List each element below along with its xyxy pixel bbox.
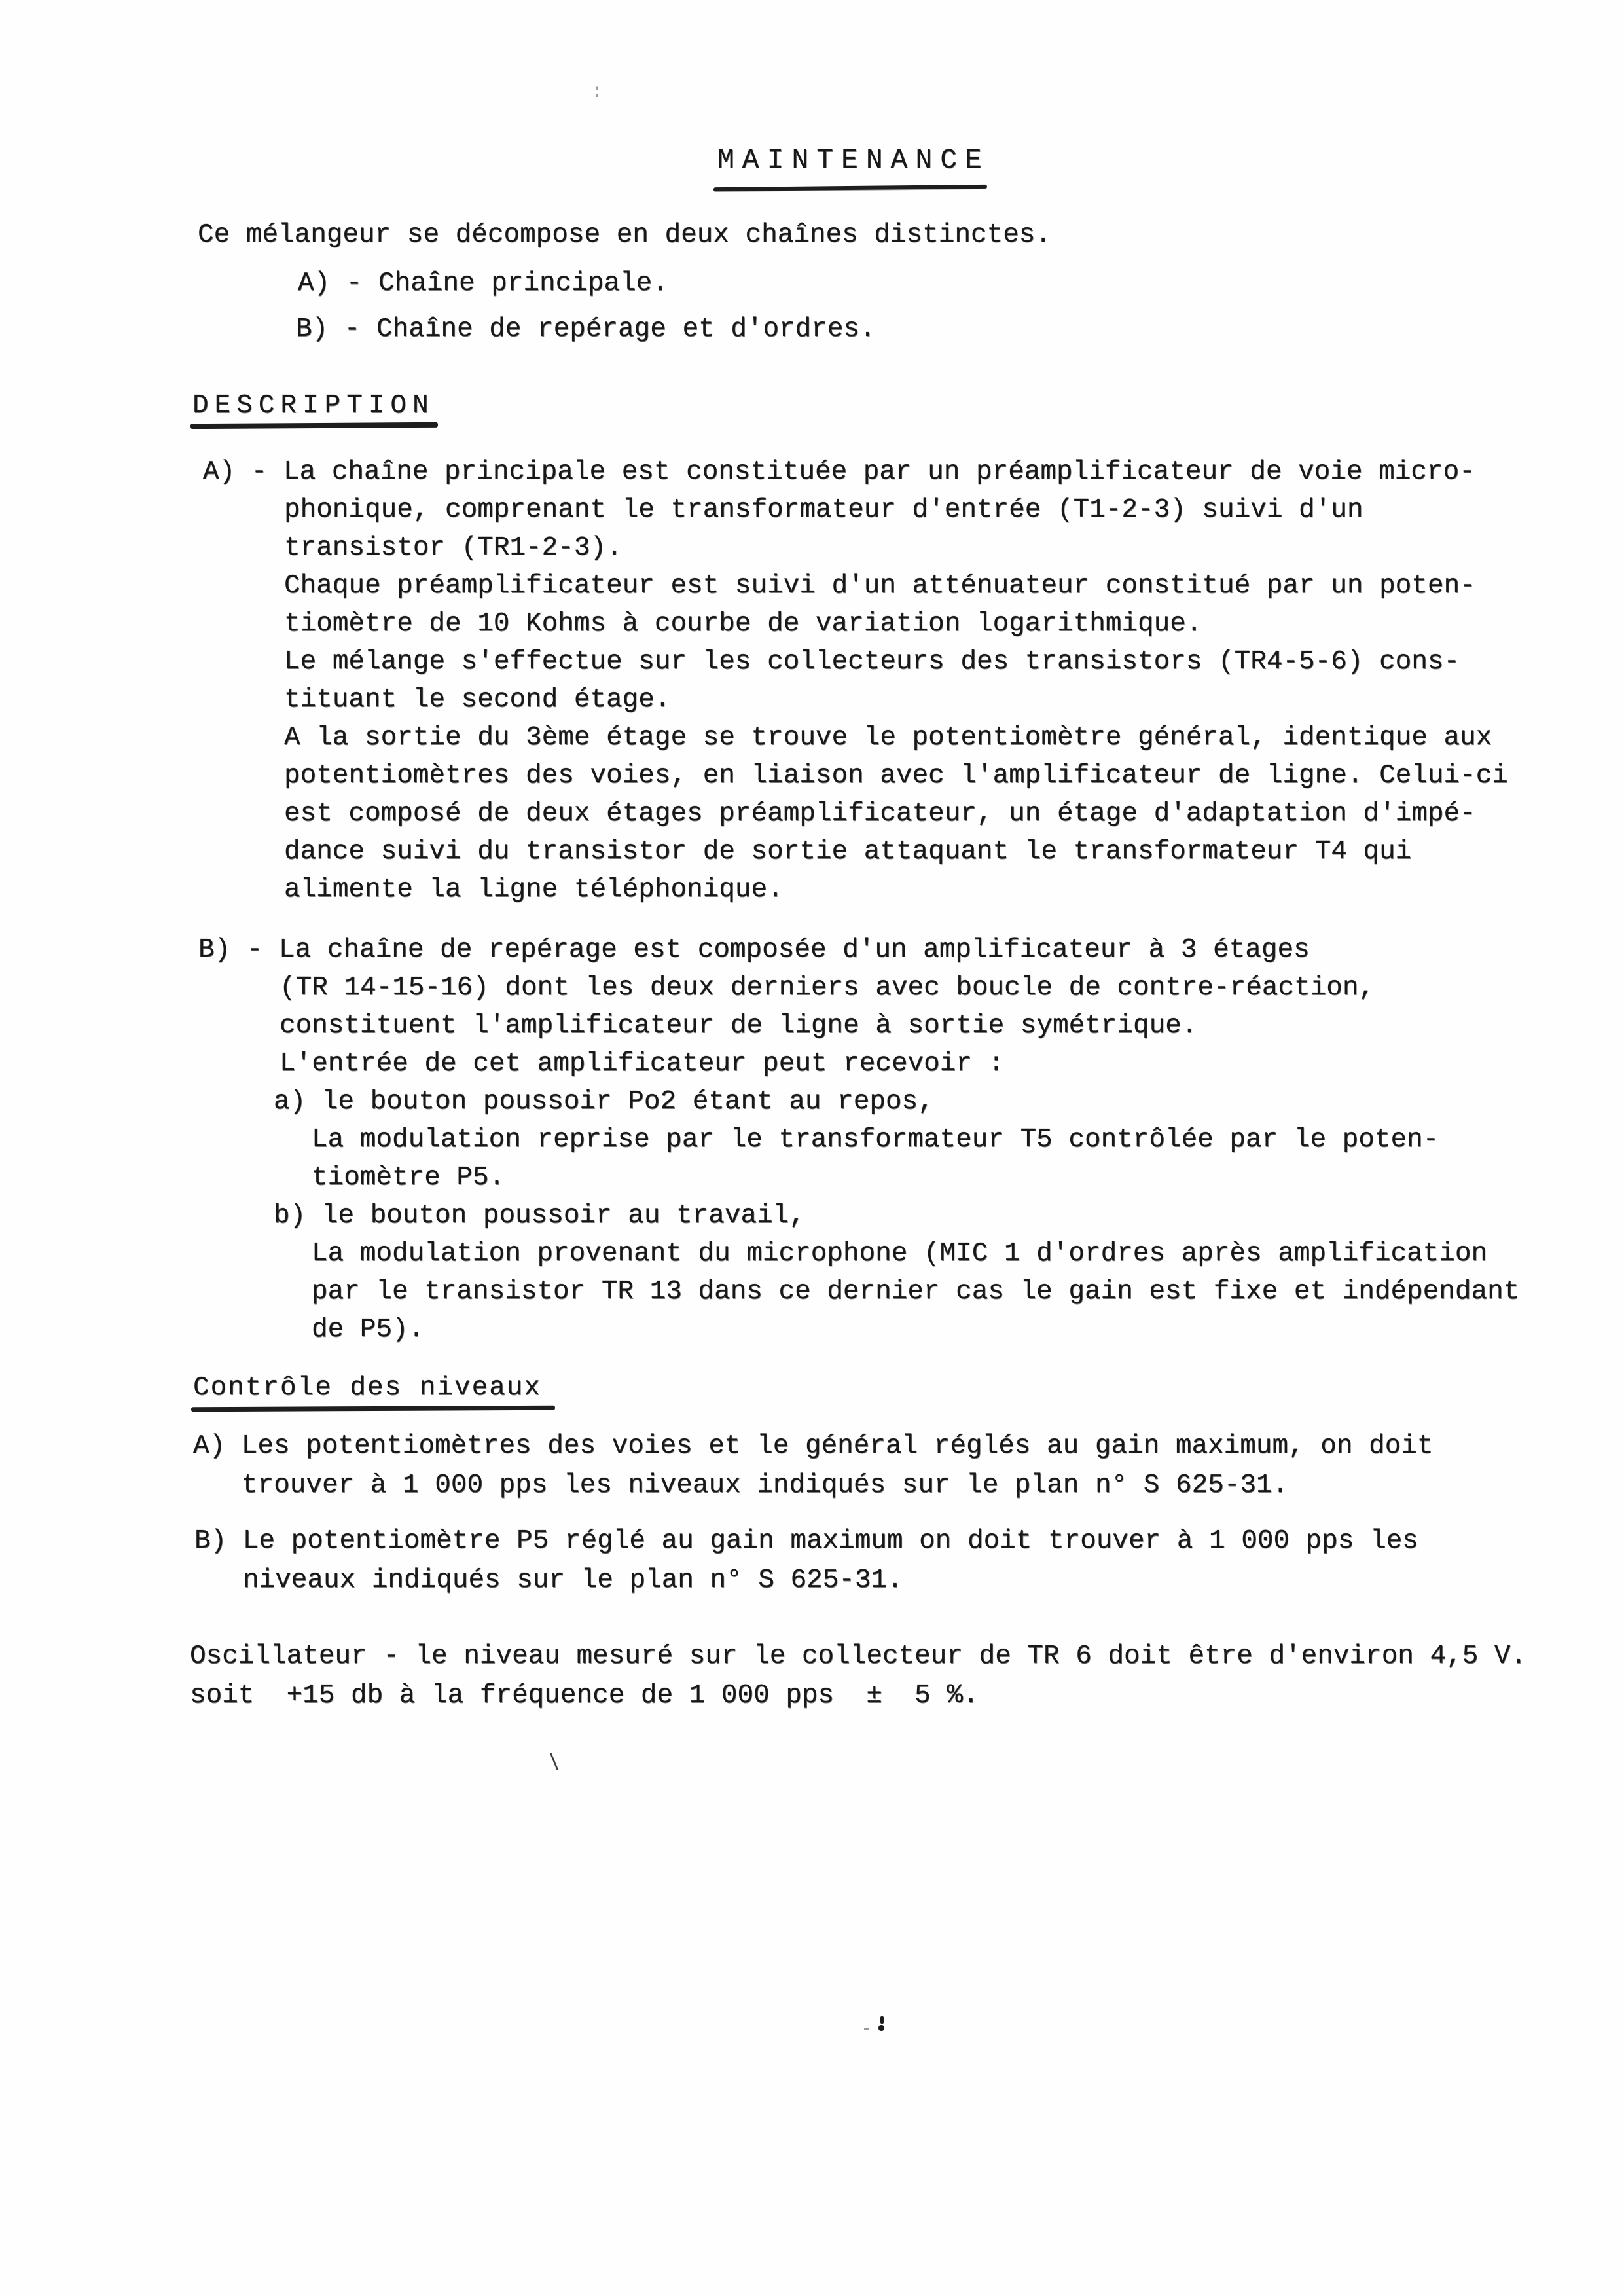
- paragraph-line: B) - La chaîne de repérage est composée …: [198, 931, 1519, 969]
- section-heading-description: DESCRIPTION: [192, 391, 435, 422]
- paragraph-line: tiomètre de 10 Kohms à courbe de variati…: [284, 605, 1508, 643]
- paragraph-line: Oscillateur - le niveau mesuré sur le co…: [190, 1637, 1526, 1676]
- heading-underline: [190, 422, 438, 429]
- controle-paragraph-b: B) Le potentiomètre P5 réglé au gain max…: [194, 1522, 1418, 1600]
- paragraph-line: trouver à 1 000 pps les niveaux indiqués…: [242, 1466, 1434, 1505]
- intro-list: A) - Chaîne principale.: [298, 264, 668, 302]
- controle-paragraph-a: A) Les potentiomètres des voies et le gé…: [193, 1427, 1434, 1505]
- page-title: MAINTENANCE: [717, 145, 990, 175]
- intro-sentence: Ce mélangeur se décompose en deux chaîne…: [198, 216, 1051, 254]
- paragraph-line: alimente la ligne téléphonique.: [284, 871, 1508, 909]
- paragraph-line: Le mélange s'effectue sur les collecteur…: [284, 643, 1508, 681]
- paragraph-line: tiomètre P5.: [312, 1159, 1519, 1197]
- paragraph-line: B) Le potentiomètre P5 réglé au gain max…: [194, 1522, 1418, 1561]
- paragraph-line: A) Les potentiomètres des voies et le gé…: [193, 1427, 1434, 1466]
- description-paragraph-a: A) - La chaîne principale est constituée…: [203, 453, 1508, 909]
- description-paragraph-b: B) - La chaîne de repérage est composée …: [198, 931, 1519, 1349]
- paragraph-line: potentiomètres des voies, en liaison ave…: [284, 757, 1508, 795]
- paragraph-line: est composé de deux étages préamplificat…: [284, 795, 1508, 833]
- ink-speck: [878, 2025, 884, 2031]
- paragraph-line: L'entrée de cet amplificateur peut recev…: [280, 1045, 1519, 1083]
- paragraph-line: par le transistor TR 13 dans ce dernier …: [312, 1273, 1519, 1311]
- paragraph-line: Chaque préamplificateur est suivi d'un a…: [284, 567, 1508, 605]
- ink-speck: [880, 2016, 884, 2024]
- ink-speck: [864, 2028, 869, 2030]
- intro-paragraph: Ce mélangeur se décompose en deux chaîne…: [198, 216, 1051, 254]
- list-item-b: B) - Chaîne de repérage et d'ordres.: [296, 310, 876, 348]
- paragraph-line: phonique, comprenant le transformateur d…: [284, 491, 1508, 529]
- paragraph-line: La modulation reprise par le transformat…: [312, 1121, 1519, 1159]
- paragraph-line: A) - La chaîne principale est constituée…: [203, 453, 1508, 491]
- ink-speck: \: [546, 1751, 562, 1777]
- ink-speck: :: [591, 81, 603, 103]
- intro-list: B) - Chaîne de repérage et d'ordres.: [296, 310, 876, 348]
- paragraph-line: b) le bouton poussoir au travail,: [274, 1197, 1519, 1235]
- paragraph-line: transistor (TR1-2-3).: [284, 529, 1508, 567]
- paragraph-line: niveaux indiqués sur le plan n° S 625-31…: [243, 1561, 1418, 1600]
- title-underline: [713, 185, 987, 191]
- paragraph-line: soit +15 db à la fréquence de 1 000 pps …: [190, 1676, 1526, 1715]
- section-heading-controle: Contrôle des niveaux: [193, 1373, 541, 1404]
- paragraph-line: a) le bouton poussoir Po2 étant au repos…: [274, 1083, 1519, 1121]
- paragraph-line: La modulation provenant du microphone (M…: [312, 1235, 1519, 1273]
- paragraph-line: A la sortie du 3ème étage se trouve le p…: [284, 719, 1508, 757]
- paragraph-line: dance suivi du transistor de sortie atta…: [284, 833, 1508, 871]
- heading-underline: [191, 1406, 555, 1412]
- list-item-a: A) - Chaîne principale.: [298, 264, 668, 302]
- oscillateur-paragraph: Oscillateur - le niveau mesuré sur le co…: [190, 1637, 1526, 1715]
- paragraph-line: tituant le second étage.: [284, 681, 1508, 719]
- paragraph-line: de P5).: [312, 1311, 1519, 1349]
- paragraph-line: (TR 14-15-16) dont les deux derniers ave…: [280, 969, 1519, 1007]
- scanned-document-page: : \ MAINTENANCE Ce mélangeur se décompos…: [0, 0, 1624, 2296]
- paragraph-line: constituent l'amplificateur de ligne à s…: [280, 1007, 1519, 1045]
